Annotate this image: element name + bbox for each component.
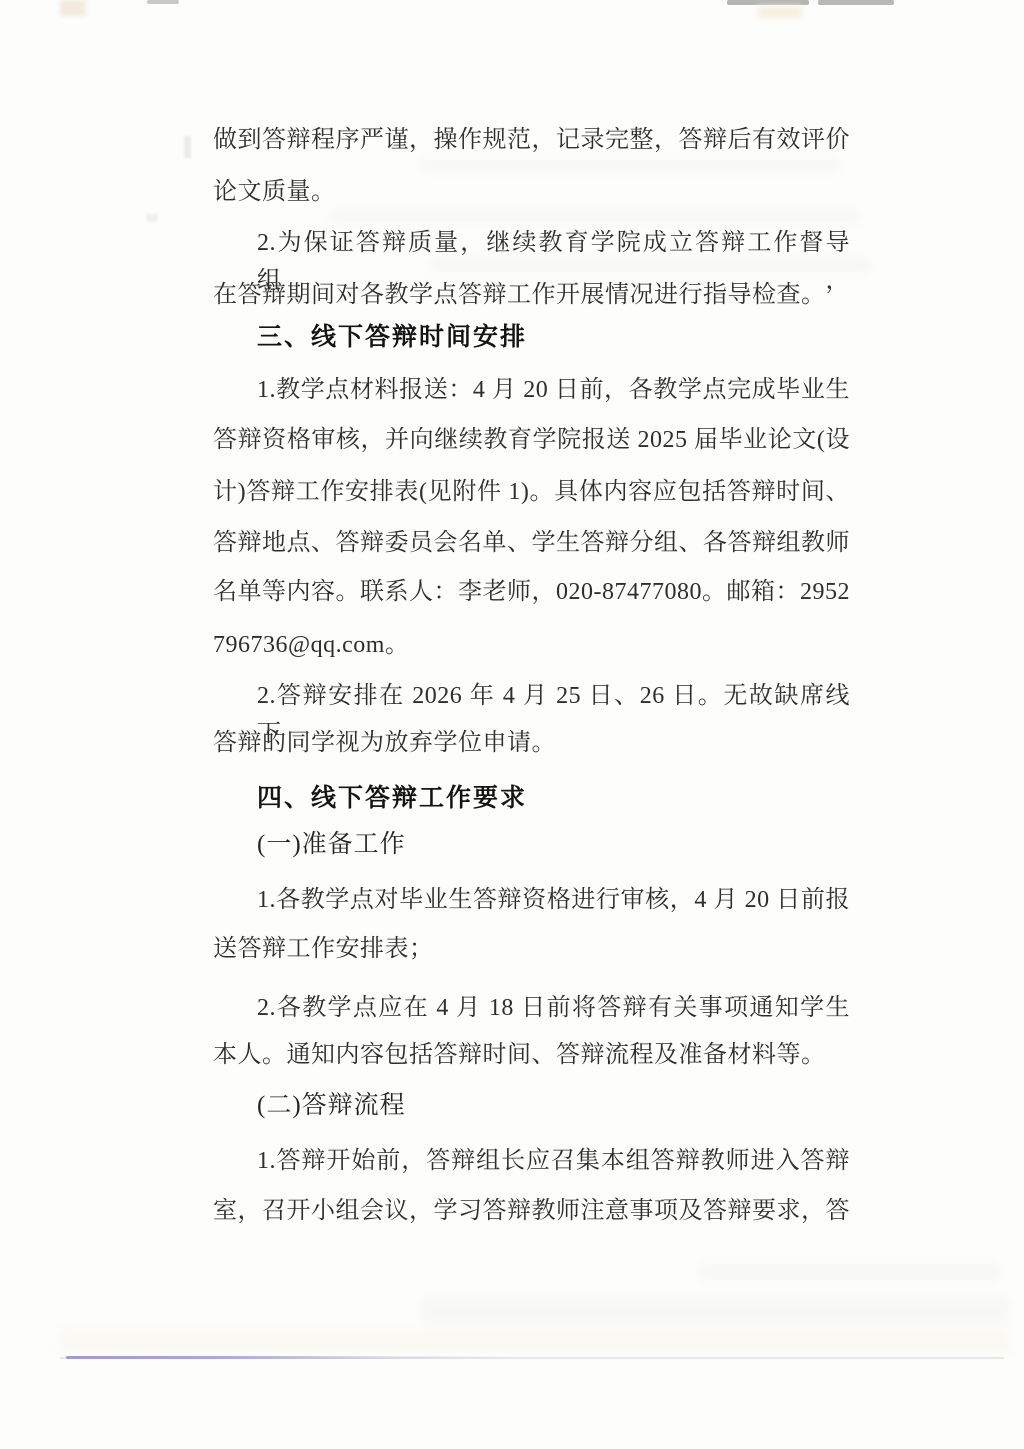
doc-line: 1.答辩开始前，答辩组长应召集本组答辩教师进入答辩: [257, 1142, 850, 1180]
scan-artifact-bottom-purple-line: [66, 1356, 518, 1359]
scan-artifact-speck-1: [184, 136, 191, 158]
doc-line: 做到答辩程序严谨，操作规范，记录完整，答辩后有效评价: [213, 121, 850, 159]
scan-artifact-bottom-cream-band: [60, 1330, 1010, 1352]
doc-line: 2.各教学点应在 4 月 18 日前将答辩有关事项通知学生: [257, 989, 850, 1027]
scan-artifact-top-strip-2: [727, 0, 809, 5]
scan-artifact-speck-2: [146, 214, 158, 222]
doc-line: 论文质量。: [213, 173, 850, 211]
scan-artifact-bleedthrough-4: [700, 1262, 1000, 1282]
doc-line: 本人。通知内容包括答辩时间、答辩流程及准备材料等。: [213, 1036, 850, 1074]
section-heading-4: 四、线下答辩工作要求: [257, 779, 850, 817]
doc-line-contact-info: 名单等内容。联系人：李老师，020-87477080。邮箱：2952: [213, 573, 850, 611]
doc-line: 1.各教学点对毕业生答辩资格进行审核，4 月 20 日前报: [257, 881, 850, 919]
doc-line: 答辩地点、答辩委员会名单、学生答辩分组、各答辩组教师: [213, 524, 850, 562]
scan-artifact-bleedthrough-2: [330, 210, 860, 224]
scan-artifact-bottom-edge-line: [60, 1357, 1004, 1359]
doc-line: 送答辩工作安排表；: [213, 930, 850, 968]
scan-artifact-top-strip-1: [147, 0, 179, 4]
doc-line: 答辩的同学视为放弃学位申请。: [213, 724, 850, 762]
subsection-heading-2: (二)答辩流程: [257, 1087, 850, 1125]
doc-line: 计)答辩工作安排表(见附件 1)。具体内容应包括答辩时间、: [213, 473, 850, 511]
scan-artifact-top-cream-blob: [758, 6, 802, 18]
scan-artifact-top-strip-3: [818, 0, 894, 5]
subsection-heading-1: (一)准备工作: [257, 826, 850, 864]
scan-artifact-top-beige-blotch: [60, 0, 86, 16]
doc-line: 1.教学点材料报送：4 月 20 日前，各教学点完成毕业生: [257, 371, 850, 409]
doc-line-email: 796736@qq.com。: [213, 626, 850, 664]
scan-artifact-bleedthrough-1: [420, 158, 840, 172]
doc-line: 在答辩期间对各教学点答辩工作开展情况进行指导检查。: [213, 276, 850, 314]
section-heading-3: 三、线下答辩时间安排: [257, 318, 850, 356]
scan-artifact-bleedthrough-5: [420, 1298, 1010, 1324]
scanned-document-page: 做到答辩程序严谨，操作规范，记录完整，答辩后有效评价 论文质量。 2.为保证答辩…: [0, 0, 1024, 1449]
doc-line: 室，召开小组会议，学习答辩教师注意事项及答辩要求，答: [213, 1192, 850, 1230]
doc-line: 答辩资格审核，并向继续教育学院报送 2025 届毕业论文(设: [213, 421, 850, 459]
